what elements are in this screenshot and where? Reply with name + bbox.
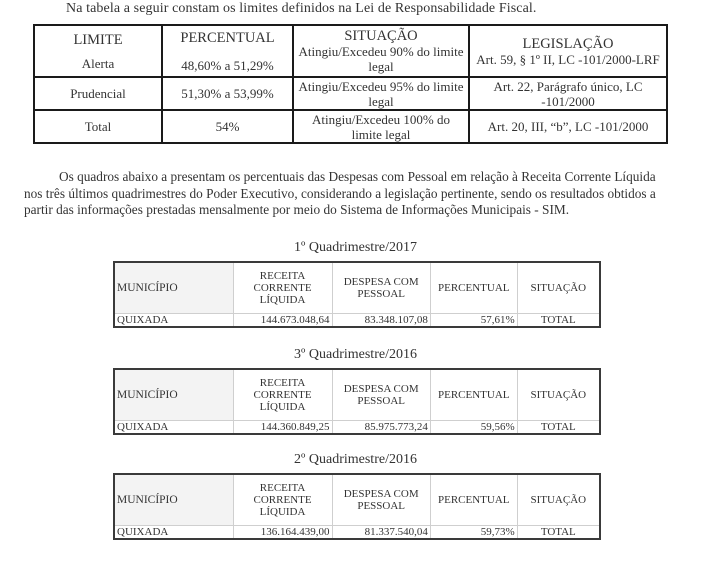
limits-table: LIMITE Alerta PERCENTUAL 48,60% a 51,29%… — [33, 24, 668, 144]
situacao-cell: Atingiu/Excedeu 95% do limite legal — [293, 77, 469, 110]
situacao-cell: Atingiu/Excedeu 100% do limite legal — [293, 110, 469, 143]
limite-cell: Total — [34, 110, 162, 143]
col-receita: RECEITA CORRENTE LÍQUIDA — [233, 262, 332, 314]
col-municipio: MUNICÍPIO — [114, 262, 233, 314]
limite-cell-alerta: LIMITE Alerta — [34, 25, 162, 77]
percentual-cell-alerta: PERCENTUAL 48,60% a 51,29% — [162, 25, 293, 77]
col-municipio: MUNICÍPIO — [114, 369, 233, 421]
legislacao-cell: Art. 20, III, “b”, LC -101/2000 — [469, 110, 667, 143]
col-despesa: DESPESA COM PESSOAL — [332, 369, 430, 421]
legislacao-cell: Art. 22, Parágrafo único, LC -101/2000 — [469, 77, 667, 110]
table-row: QUIXADA 144.673.048,64 83.348.107,08 57,… — [114, 314, 600, 328]
period-title: 1º Quadrimestre/2017 — [0, 240, 711, 256]
header-percentual: PERCENTUAL — [180, 30, 274, 46]
col-receita: RECEITA CORRENTE LÍQUIDA — [233, 369, 332, 421]
table-row: QUIXADA 136.164.439,00 81.337.540,04 59,… — [114, 526, 600, 540]
intro-text: Na tabela a seguir constam os limites de… — [66, 1, 536, 17]
col-receita: RECEITA CORRENTE LÍQUIDA — [233, 474, 332, 526]
col-situacao: SITUAÇÃO — [517, 474, 600, 526]
period-title: 2º Quadrimestre/2016 — [0, 452, 711, 468]
col-despesa: DESPESA COM PESSOAL — [332, 262, 430, 314]
col-percentual: PERCENTUAL — [430, 262, 517, 314]
col-percentual: PERCENTUAL — [430, 369, 517, 421]
quadrimester-table: MUNICÍPIO RECEITA CORRENTE LÍQUIDA DESPE… — [113, 473, 601, 540]
legislacao-cell-alerta: LEGISLAÇÃO Art. 59, § 1º II, LC -101/200… — [469, 25, 667, 77]
table-row: QUIXADA 144.360.849,25 85.975.773,24 59,… — [114, 421, 600, 435]
percentual-cell: 54% — [162, 110, 293, 143]
explanatory-paragraph: Os quadros abaixo a presentam os percent… — [24, 169, 674, 219]
limite-cell: Prudencial — [34, 77, 162, 110]
col-percentual: PERCENTUAL — [430, 474, 517, 526]
col-despesa: DESPESA COM PESSOAL — [332, 474, 430, 526]
header-situacao: SITUAÇÃO — [344, 28, 417, 44]
col-municipio: MUNICÍPIO — [114, 474, 233, 526]
col-situacao: SITUAÇÃO — [517, 369, 600, 421]
header-limite: LIMITE — [73, 32, 122, 48]
col-situacao: SITUAÇÃO — [517, 262, 600, 314]
situacao-cell-alerta: SITUAÇÃO Atingiu/Excedeu 90% do limite l… — [293, 25, 469, 77]
header-legislacao: LEGISLAÇÃO — [522, 36, 613, 52]
percentual-cell: 51,30% a 53,99% — [162, 77, 293, 110]
period-title: 3º Quadrimestre/2016 — [0, 347, 711, 363]
quadrimester-table: MUNICÍPIO RECEITA CORRENTE LÍQUIDA DESPE… — [113, 368, 601, 435]
quadrimester-table: MUNICÍPIO RECEITA CORRENTE LÍQUIDA DESPE… — [113, 261, 601, 328]
